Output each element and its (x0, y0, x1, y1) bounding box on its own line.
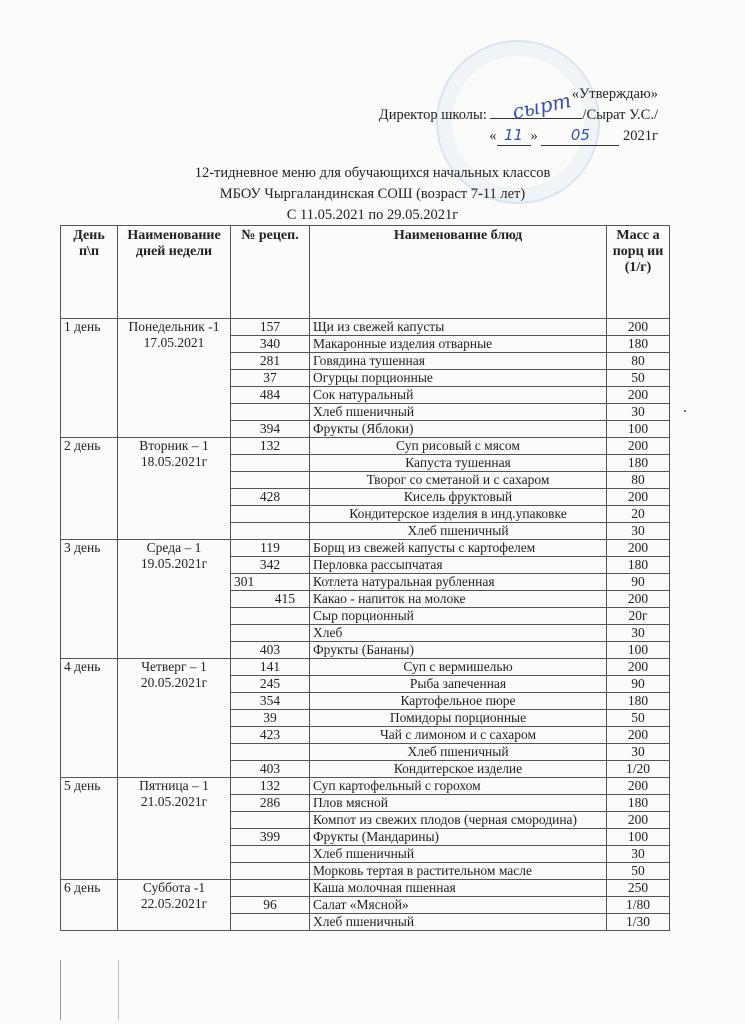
dish-name: Помидоры порционные (310, 710, 607, 727)
weekday-name: Понедельник -1 (121, 319, 227, 335)
portion-mass: 30 (607, 523, 670, 540)
portion-mass: 100 (607, 642, 670, 659)
recipe-number: 245 (231, 676, 310, 693)
portion-mass: 80 (607, 353, 670, 370)
portion-mass: 80 (607, 472, 670, 489)
recipe-number (231, 863, 310, 880)
weekday-cell: Суббота -122.05.2021г (118, 880, 231, 931)
dish-name: Фрукты (Яблоки) (310, 421, 607, 438)
dish-name: Картофельное пюре (310, 693, 607, 710)
date-open-quote: « (489, 128, 496, 144)
dish-name: Огурцы порционные (310, 370, 607, 387)
day-number: 3 день (61, 540, 118, 659)
portion-mass: 250 (607, 880, 670, 897)
dish-name: Каша молочная пшенная (310, 880, 607, 897)
recipe-number: 39 (231, 710, 310, 727)
scan-speck (684, 410, 686, 412)
dish-name: Кондитерское изделия в инд.упаковке (310, 506, 607, 523)
menu-table: День п\п Наименование дней недели № реце… (60, 225, 670, 931)
dish-name: Сок натуральный (310, 387, 607, 404)
portion-mass: 50 (607, 710, 670, 727)
recipe-number: 399 (231, 829, 310, 846)
weekday-cell: Пятница – 121.05.2021г (118, 778, 231, 880)
portion-mass: 30 (607, 625, 670, 642)
recipe-number: 428 (231, 489, 310, 506)
recipe-number (231, 744, 310, 761)
table-row: 2 деньВторник – 118.05.2021г132Суп рисов… (61, 438, 670, 455)
recipe-number: 484 (231, 387, 310, 404)
dish-name: Хлеб пшеничный (310, 404, 607, 421)
recipe-number (231, 914, 310, 931)
table-continuation (60, 960, 659, 1020)
dish-name: Морковь тертая в растительном масле (310, 863, 607, 880)
weekday-date: 20.05.2021г (121, 675, 227, 691)
recipe-number: 403 (231, 761, 310, 778)
signature-field: сырт (490, 104, 582, 119)
recipe-number (231, 523, 310, 540)
dish-name: Кондитерское изделие (310, 761, 607, 778)
portion-mass: 200 (607, 778, 670, 795)
recipe-number: 96 (231, 897, 310, 914)
weekday-name: Пятница – 1 (121, 778, 227, 794)
director-line: Директор школы: сырт/Сырат У.С./ (379, 104, 658, 125)
dish-name: Хлеб пшеничный (310, 744, 607, 761)
recipe-number: 132 (231, 438, 310, 455)
dish-name: Макаронные изделия отварные (310, 336, 607, 353)
recipe-number: 403 (231, 642, 310, 659)
weekday-cell: Понедельник -117.05.2021 (118, 319, 231, 438)
portion-mass: 1/80 (607, 897, 670, 914)
weekday-cell: Среда – 119.05.2021г (118, 540, 231, 659)
dish-name: Капуста тушенная (310, 455, 607, 472)
dish-name: Борщ из свежей капусты с картофелем (310, 540, 607, 557)
portion-mass: 180 (607, 455, 670, 472)
dish-name: Какао - напиток на молоке (310, 591, 607, 608)
table-row: 6 деньСуббота -122.05.2021гКаша молочная… (61, 880, 670, 897)
recipe-number: 119 (231, 540, 310, 557)
recipe-number (231, 404, 310, 421)
table-row: 5 деньПятница – 121.05.2021г132Суп карто… (61, 778, 670, 795)
recipe-number (231, 846, 310, 863)
recipe-number: 286 (231, 795, 310, 812)
dish-name: Салат «Мясной» (310, 897, 607, 914)
dish-name: Фрукты (Мандарины) (310, 829, 607, 846)
table-row: 3 деньСреда – 119.05.2021г119Борщ из све… (61, 540, 670, 557)
title-line-1: 12-тидневное меню для обучающихся началь… (0, 163, 745, 184)
portion-mass: 30 (607, 744, 670, 761)
date-close-quote: » (531, 128, 538, 144)
day-number: 1 день (61, 319, 118, 438)
portion-mass: 20г (607, 608, 670, 625)
dish-name: Перловка рассыпчатая (310, 557, 607, 574)
dish-name: Хлеб пшеничный (310, 914, 607, 931)
weekday-cell: Вторник – 118.05.2021г (118, 438, 231, 540)
portion-mass: 180 (607, 795, 670, 812)
dish-name: Чай с лимоном и с сахаром (310, 727, 607, 744)
director-label: Директор школы: (379, 107, 487, 123)
weekday-name: Вторник – 1 (121, 438, 227, 454)
dish-name: Суп рисовый с мясом (310, 438, 607, 455)
weekday-cell: Четверг – 120.05.2021г (118, 659, 231, 778)
dish-name: Хлеб пшеничный (310, 846, 607, 863)
title-line-2: МБОУ Чыргаландинская СОШ (возраст 7-11 л… (0, 184, 745, 205)
portion-mass: 90 (607, 574, 670, 591)
menu-body: 1 деньПонедельник -117.05.2021157Щи из с… (61, 319, 670, 931)
portion-mass: 180 (607, 336, 670, 353)
recipe-number: 141 (231, 659, 310, 676)
header-weekday: Наименование дней недели (118, 226, 231, 319)
dish-name: Фрукты (Бананы) (310, 642, 607, 659)
dish-name: Рыба запеченная (310, 676, 607, 693)
recipe-number: 157 (231, 319, 310, 336)
recipe-number (231, 506, 310, 523)
portion-mass: 200 (607, 591, 670, 608)
date-month: 05 (541, 125, 619, 146)
dish-name: Суп картофельный с горохом (310, 778, 607, 795)
portion-mass: 100 (607, 421, 670, 438)
portion-mass: 200 (607, 387, 670, 404)
recipe-number (231, 880, 310, 897)
recipe-number: 37 (231, 370, 310, 387)
recipe-number: 301 (231, 574, 310, 591)
recipe-number (231, 455, 310, 472)
date-day: 11 (497, 125, 531, 146)
portion-mass: 200 (607, 727, 670, 744)
portion-mass: 180 (607, 693, 670, 710)
recipe-number (231, 472, 310, 489)
portion-mass: 200 (607, 489, 670, 506)
dish-name: Щи из свежей капусты (310, 319, 607, 336)
recipe-number: 132 (231, 778, 310, 795)
dish-name: Компот из свежих плодов (черная смородин… (310, 812, 607, 829)
dish-name: Суп с вермишелью (310, 659, 607, 676)
portion-mass: 180 (607, 557, 670, 574)
portion-mass: 200 (607, 540, 670, 557)
approval-block: «Утверждаю» Директор школы: сырт/Сырат У… (379, 84, 658, 146)
day-number: 5 день (61, 778, 118, 880)
weekday-date: 18.05.2021г (121, 454, 227, 470)
portion-mass: 20 (607, 506, 670, 523)
header-row: День п\п Наименование дней недели № реце… (61, 226, 670, 319)
recipe-number (231, 608, 310, 625)
dish-name: Хлеб (310, 625, 607, 642)
table-row: 1 деньПонедельник -117.05.2021157Щи из с… (61, 319, 670, 336)
portion-mass: 50 (607, 863, 670, 880)
recipe-number: 281 (231, 353, 310, 370)
day-number: 4 день (61, 659, 118, 778)
weekday-date: 21.05.2021г (121, 794, 227, 810)
weekday-name: Суббота -1 (121, 880, 227, 896)
date-year: 2021г (623, 128, 658, 144)
dish-name: Говядина тушенная (310, 353, 607, 370)
header-day: День п\п (61, 226, 118, 319)
title-line-3: С 11.05.2021 по 29.05.2021г (0, 205, 745, 226)
portion-mass: 100 (607, 829, 670, 846)
director-name: /Сырат У.С./ (582, 107, 658, 123)
date-line: «11» 05 2021г (379, 125, 658, 146)
recipe-number: 340 (231, 336, 310, 353)
portion-mass: 90 (607, 676, 670, 693)
weekday-date: 22.05.2021г (121, 896, 227, 912)
recipe-number (231, 625, 310, 642)
portion-mass: 50 (607, 370, 670, 387)
header-mass: Масс а порц ии (1/г) (607, 226, 670, 319)
recipe-number: 342 (231, 557, 310, 574)
portion-mass: 200 (607, 812, 670, 829)
table-row: 4 деньЧетверг – 120.05.2021г141Суп с вер… (61, 659, 670, 676)
weekday-date: 19.05.2021г (121, 556, 227, 572)
portion-mass: 30 (607, 404, 670, 421)
day-number: 2 день (61, 438, 118, 540)
approve-label: «Утверждаю» (572, 86, 658, 102)
portion-mass: 30 (607, 846, 670, 863)
dish-name: Хлеб пшеничный (310, 523, 607, 540)
portion-mass: 1/20 (607, 761, 670, 778)
dish-name: Плов мясной (310, 795, 607, 812)
recipe-number: 415 (231, 591, 310, 608)
weekday-name: Четверг – 1 (121, 659, 227, 675)
dish-name: Котлета натуральная рубленная (310, 574, 607, 591)
recipe-number (231, 812, 310, 829)
weekday-name: Среда – 1 (121, 540, 227, 556)
dish-name: Творог со сметаной и с сахаром (310, 472, 607, 489)
recipe-number: 354 (231, 693, 310, 710)
dish-name: Кисель фруктовый (310, 489, 607, 506)
document-title: 12-тидневное меню для обучающихся началь… (0, 163, 745, 226)
portion-mass: 200 (607, 319, 670, 336)
portion-mass: 200 (607, 438, 670, 455)
recipe-number: 423 (231, 727, 310, 744)
portion-mass: 1/30 (607, 914, 670, 931)
portion-mass: 200 (607, 659, 670, 676)
dish-name: Сыр порционный (310, 608, 607, 625)
day-number: 6 день (61, 880, 118, 931)
header-dish: Наименование блюд (310, 226, 607, 319)
header-recipe: № рецеп. (231, 226, 310, 319)
recipe-number: 394 (231, 421, 310, 438)
weekday-date: 17.05.2021 (121, 335, 227, 351)
